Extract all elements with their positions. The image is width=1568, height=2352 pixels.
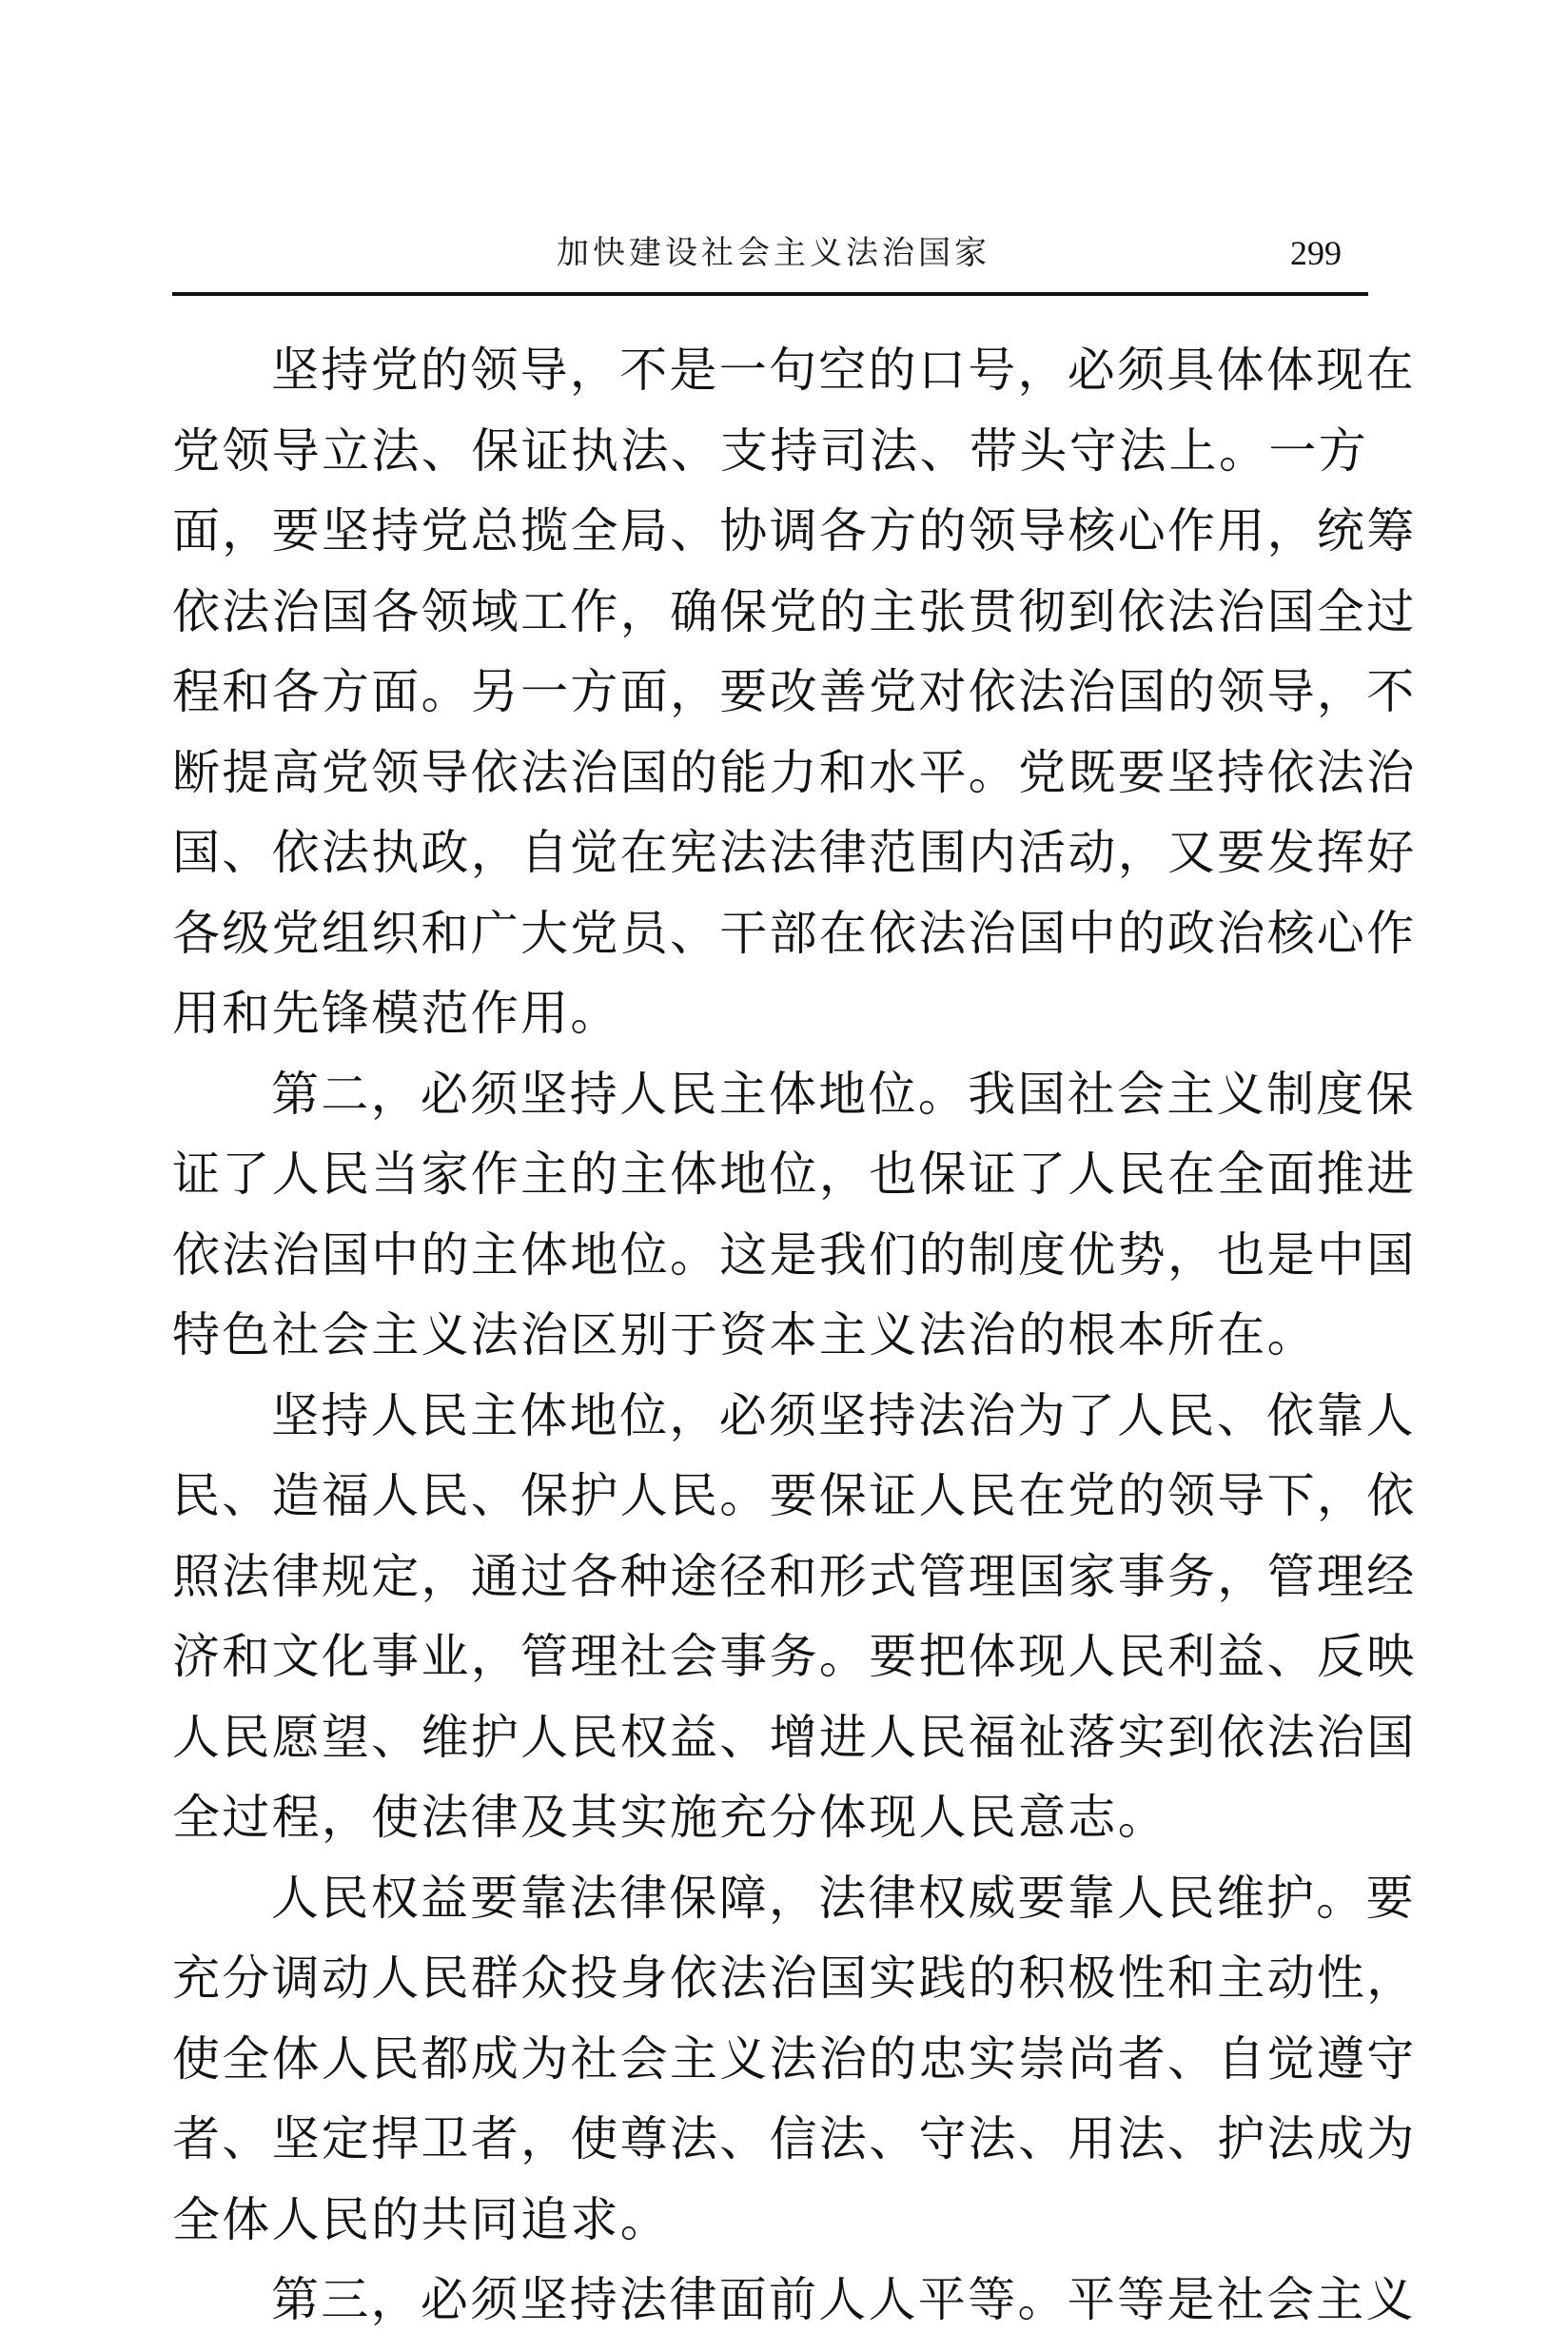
text-line: 用和先锋模范作用。 xyxy=(172,978,1368,1059)
text-line: 各级党组织和广大党员、干部在依法治国中的政治核心作 xyxy=(172,898,1368,979)
text-line: 济和文化事业，管理社会事务。要把体现人民利益、反映 xyxy=(172,1621,1368,1702)
text-line: 第二，必须坚持人民主体地位。我国社会主义制度保 xyxy=(172,1059,1368,1140)
text-line: 照法律规定，通过各种途径和形式管理国家事务，管理经 xyxy=(172,1541,1368,1622)
text-line: 者、坚定捍卫者，使尊法、信法、守法、用法、护法成为 xyxy=(172,2104,1368,2185)
text-line: 依法治国各领域工作，确保党的主张贯彻到依法治国全过 xyxy=(172,577,1368,657)
text-line: 人民愿望、维护人民权益、增进人民福祉落实到依法治国 xyxy=(172,1702,1368,1783)
body-text: 坚持党的领导，不是一句空的口号，必须具体体现在 党领导立法、保证执法、支持司法、… xyxy=(172,335,1368,2345)
text-line: 面，要坚持党总揽全局、协调各方的领导核心作用，统筹 xyxy=(172,496,1368,577)
running-title: 加快建设社会主义法治国家 xyxy=(557,228,994,278)
text-line: 充分调动人民群众投身依法治国实践的积极性和主动性， xyxy=(172,1943,1368,2024)
header-rule xyxy=(172,292,1368,296)
running-header: 加快建设社会主义法治国家 299 xyxy=(172,228,1368,285)
text-line: 断提高党领导依法治国的能力和水平。党既要坚持依法治 xyxy=(172,737,1368,818)
text-line: 证了人民当家作主的主体地位，也保证了人民在全面推进 xyxy=(172,1139,1368,1220)
text-line: 坚持人民主体地位，必须坚持法治为了人民、依靠人 xyxy=(172,1381,1368,1461)
text-line: 人民权益要靠法律保障，法律权威要靠人民维护。要 xyxy=(172,1863,1368,1944)
text-line: 党领导立法、保证执法、支持司法、带头守法上。一方 xyxy=(172,416,1368,497)
text-line: 特色社会主义法治区别于资本主义法治的根本所在。 xyxy=(172,1300,1368,1381)
text-line: 程和各方面。另一方面，要改善党对依法治国的领导，不 xyxy=(172,657,1368,737)
book-page: 加快建设社会主义法治国家 299 坚持党的领导，不是一句空的口号，必须具体体现在… xyxy=(0,0,1568,2352)
text-line: 全过程，使法律及其实施充分体现人民意志。 xyxy=(172,1782,1368,1863)
text-line: 使全体人民都成为社会主义法治的忠实崇尚者、自觉遵守 xyxy=(172,2024,1368,2105)
text-line: 依法治国中的主体地位。这是我们的制度优势，也是中国 xyxy=(172,1220,1368,1301)
text-line: 全体人民的共同追求。 xyxy=(172,2185,1368,2265)
text-line: 国、依法执政，自觉在宪法法律范围内活动，又要发挥好 xyxy=(172,817,1368,898)
text-line: 民、造福人民、保护人民。要保证人民在党的领导下，依 xyxy=(172,1460,1368,1541)
text-line: 坚持党的领导，不是一句空的口号，必须具体体现在 xyxy=(172,335,1368,416)
text-line: 第三，必须坚持法律面前人人平等。平等是社会主义 xyxy=(172,2264,1368,2345)
page-number: 299 xyxy=(1290,230,1342,276)
